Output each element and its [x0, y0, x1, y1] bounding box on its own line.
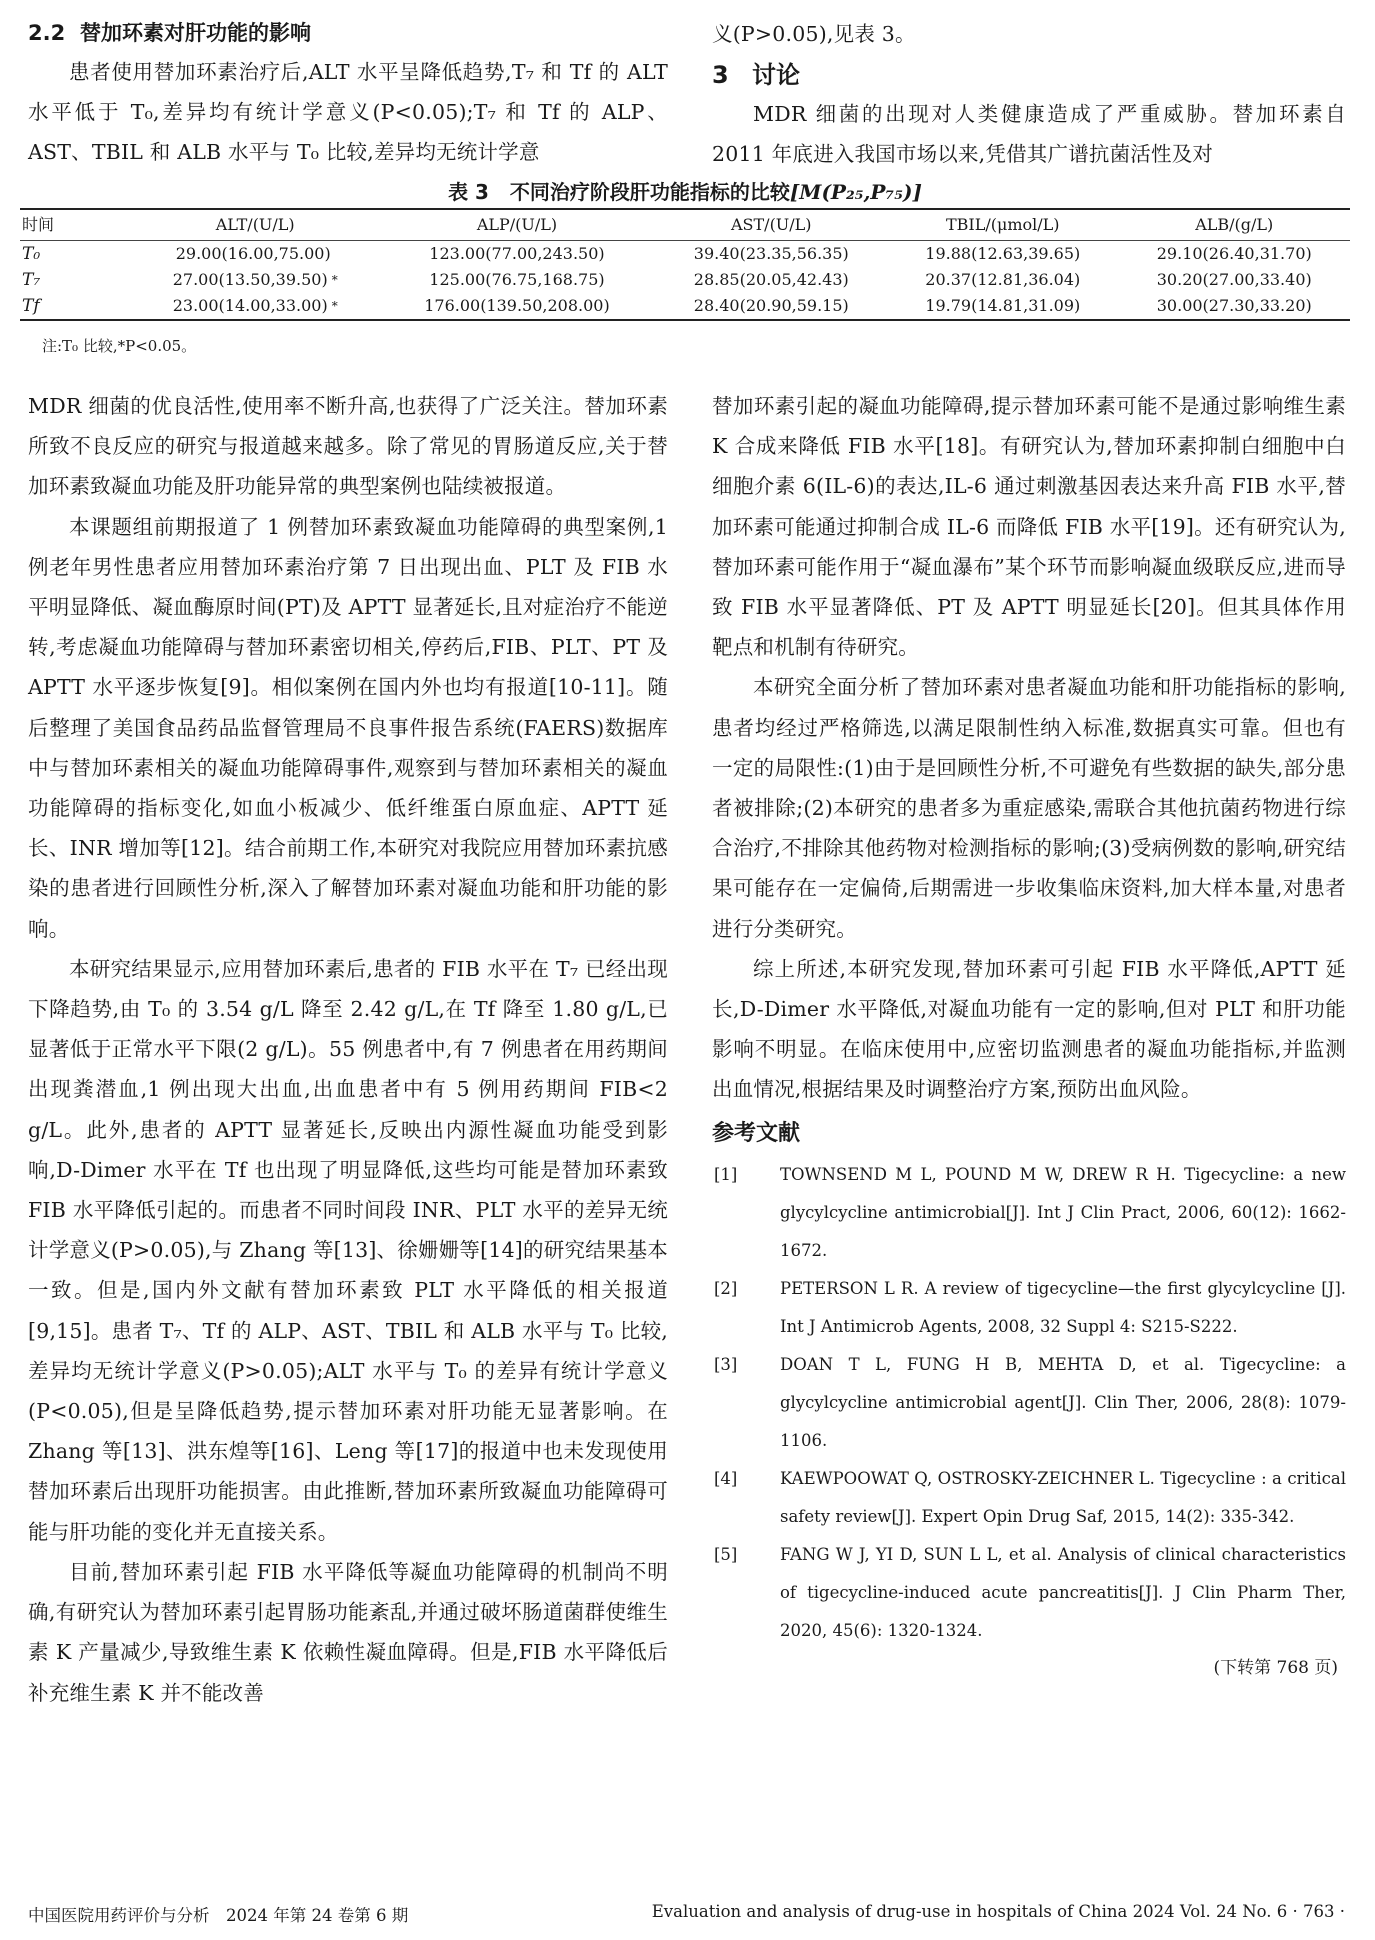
- references-heading: 参考文献: [712, 1112, 1346, 1156]
- reference-item: [3]DOAN T L, FUNG H B, MEHTA D, et al. T…: [712, 1346, 1346, 1460]
- paragraph: MDR 细菌的出现对人类健康造成了严重威胁。替加环素自 2011 年底进入我国市…: [712, 94, 1346, 174]
- paragraph: 综上所述,本研究发现,替加环素可引起 FIB 水平降低,APTT 延长,D-Di…: [712, 949, 1346, 1110]
- column-header: TBIL/(μmol/L): [887, 209, 1118, 241]
- column-header: ALT/(U/L): [132, 209, 378, 241]
- section-heading: 3讨论: [712, 54, 1346, 94]
- paragraph: MDR 细菌的优良活性,使用率不断升高,也获得了广泛关注。替加环素所致不良反应的…: [28, 386, 668, 507]
- paragraph-continuation: 义(P>0.05),见表 3。: [712, 14, 1346, 54]
- table-note: 注:T₀ 比较,*P<0.05。: [20, 335, 1350, 356]
- column-header: 时间: [20, 209, 132, 241]
- section-2-2: 2.2替加环素对肝功能的影响 患者使用替加环素治疗后,ALT 水平呈降低趋势,T…: [28, 14, 668, 173]
- table-header-row: 时间 ALT/(U/L) ALP/(U/L) AST/(U/L) TBIL/(μ…: [20, 209, 1350, 241]
- liver-function-table: 时间 ALT/(U/L) ALP/(U/L) AST/(U/L) TBIL/(μ…: [20, 208, 1350, 321]
- column-header: ALB/(g/L): [1119, 209, 1351, 241]
- reference-item: [5]FANG W J, YI D, SUN L L, et al. Analy…: [712, 1536, 1346, 1650]
- journal-footer: 中国医院用药评价与分析 2024 年第 24 卷第 6 期: [28, 1902, 408, 1926]
- table-caption: 表 3 不同治疗阶段肝功能指标的比较[M(P₂₅,P₇₅)]: [20, 176, 1350, 208]
- paragraph: 本课题组前期报道了 1 例替加环素致凝血功能障碍的典型案例,1 例老年男性患者应…: [28, 507, 668, 949]
- column-header: AST/(U/L): [656, 209, 887, 241]
- section-3-start: 义(P>0.05),见表 3。 3讨论 MDR 细菌的出现对人类健康造成了严重威…: [712, 14, 1346, 175]
- paragraph: 目前,替加环素引起 FIB 水平降低等凝血功能障碍的机制尚不明确,有研究认为替加…: [28, 1552, 668, 1713]
- paragraph: 本研究全面分析了替加环素对患者凝血功能和肝功能指标的影响,患者均经过严格筛选,以…: [712, 667, 1346, 948]
- table-row: T₀ 29.00(16.00,75.00) 123.00(77.00,243.5…: [20, 241, 1350, 268]
- journal-footer-english: Evaluation and analysis of drug-use in h…: [652, 1902, 1345, 1921]
- section-heading: 2.2替加环素对肝功能的影响: [28, 14, 668, 52]
- right-column: 替加环素引起的凝血功能障碍,提示替加环素可能不是通过影响维生素 K 合成来降低 …: [712, 386, 1346, 1686]
- table-row: Tf 23.00(14.00,33.00)* 176.00(139.50,208…: [20, 293, 1350, 320]
- column-header: ALP/(U/L): [378, 209, 655, 241]
- continued-note: (下转第 768 页): [712, 1650, 1346, 1686]
- paragraph: 本研究结果显示,应用替加环素后,患者的 FIB 水平在 T₇ 已经出现下降趋势,…: [28, 949, 668, 1552]
- table-row: T₇ 27.00(13.50,39.50)* 125.00(76.75,168.…: [20, 267, 1350, 293]
- reference-item: [2]PETERSON L R. A review of tigecycline…: [712, 1270, 1346, 1346]
- reference-item: [1]TOWNSEND M L, POUND M W, DREW R H. Ti…: [712, 1156, 1346, 1270]
- table-3: 表 3 不同治疗阶段肝功能指标的比较[M(P₂₅,P₇₅)] 时间 ALT/(U…: [20, 176, 1350, 356]
- paragraph: 患者使用替加环素治疗后,ALT 水平呈降低趋势,T₇ 和 Tf 的 ALT 水平…: [28, 52, 668, 173]
- left-column: MDR 细菌的优良活性,使用率不断升高,也获得了广泛关注。替加环素所致不良反应的…: [28, 386, 668, 1713]
- reference-item: [4]KAEWPOOWAT Q, OSTROSKY-ZEICHNER L. Ti…: [712, 1460, 1346, 1536]
- paragraph: 替加环素引起的凝血功能障碍,提示替加环素可能不是通过影响维生素 K 合成来降低 …: [712, 386, 1346, 667]
